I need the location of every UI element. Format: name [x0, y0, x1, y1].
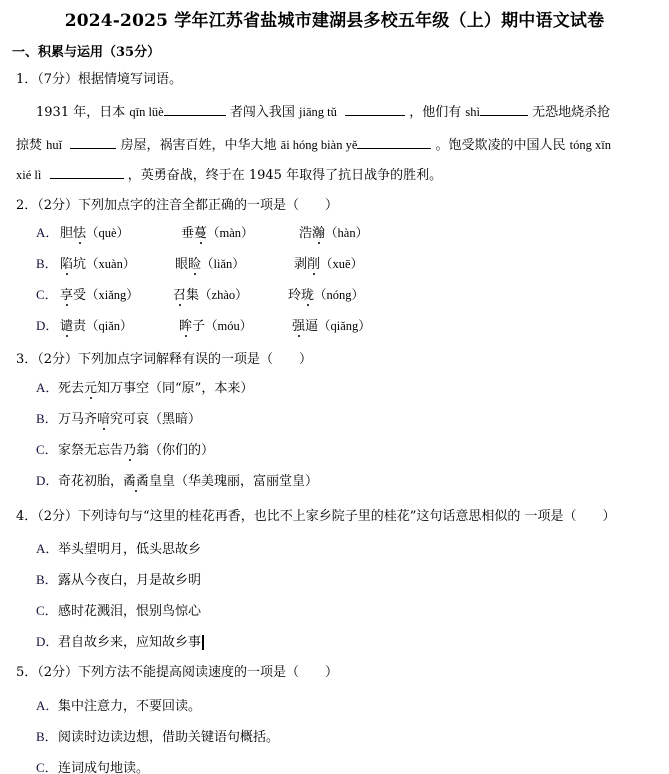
dotted-character: 喑 — [97, 412, 110, 427]
answer-blank[interactable] — [357, 136, 431, 149]
question-4-option-d[interactable]: D．君自故乡来，应知故乡事 — [36, 633, 204, 652]
dotted-character: 怯 — [73, 226, 86, 241]
option-label: B． — [36, 571, 58, 589]
question-3-option-d[interactable]: D．奇花初胎，矞矞皇皇（华美瑰丽，富丽堂皇） — [36, 472, 318, 491]
option-label: D． — [36, 633, 58, 651]
dotted-character: 享 — [60, 288, 73, 303]
question-1-passage-line-1: 1931 年，日本 qīn lüè 者闯入我国 jiāng tǔ ，他们有 sh… — [36, 103, 610, 122]
answer-blank[interactable] — [70, 136, 116, 149]
option-word: 享受（xiǎng） — [60, 286, 139, 305]
dotted-character: 乃 — [123, 443, 136, 458]
option-word: 陷坑（xuàn） — [60, 255, 135, 274]
option-label: B． — [36, 728, 58, 746]
dotted-character: 眸 — [179, 319, 192, 334]
question-3-option-a[interactable]: A．死去元知万事空（同“原”，本来） — [36, 379, 253, 398]
dotted-character: 陷 — [60, 257, 73, 272]
question-2-option-c[interactable]: C． 享受（xiǎng） 召集（zhào） 玲珑（nóng） — [36, 286, 636, 305]
answer-blank[interactable] — [480, 103, 528, 116]
text-cursor — [202, 635, 204, 650]
dotted-character: 谴 — [60, 319, 73, 334]
pinyin-prompt: qīn lüè — [129, 105, 163, 119]
question-5-header: 5．（2分）下列方法不能提高阅读速度的一项是（ ） — [16, 664, 338, 682]
question-1-passage-line-2: 掠焚 huǐ 房屋，祸害百姓，中华大地 āi hóng biàn yě 。饱受欺… — [16, 136, 611, 155]
dotted-character: 睑 — [188, 257, 201, 272]
option-word: 胆怯（què） — [60, 224, 129, 243]
answer-blank[interactable] — [164, 103, 226, 116]
pinyin-prompt: āi hóng biàn yě — [281, 138, 358, 152]
option-label: C． — [36, 602, 58, 620]
pinyin-prompt: shì — [465, 105, 480, 119]
option-label: A． — [36, 697, 58, 715]
question-5-option-a[interactable]: A．集中注意力，不要回读。 — [36, 697, 201, 716]
option-label: C． — [36, 759, 58, 774]
dotted-character: 元 — [84, 381, 97, 396]
option-word: 眼睑（liǎn） — [175, 255, 245, 274]
question-3-option-c[interactable]: C．家祭无忘告乃翁（你们的） — [36, 441, 214, 460]
option-label: A． — [36, 540, 58, 558]
pinyin-prompt: huǐ — [46, 138, 62, 152]
dotted-character: 削 — [307, 257, 320, 272]
dotted-character: 蔓 — [194, 226, 207, 241]
passage-text: 者闯入我国 — [226, 105, 299, 120]
question-4-header: 4．（2分）下列诗句与“这里的桂花再香，也比不上家乡院子里的桂花”这句话意思相似… — [16, 508, 615, 526]
answer-blank[interactable] — [50, 166, 124, 179]
answer-blank[interactable] — [345, 103, 405, 116]
option-text: 阅读时边读边想，借助关键语句概括。 — [58, 730, 279, 745]
option-label: B． — [36, 255, 58, 273]
question-5-option-b[interactable]: B．阅读时边读边想，借助关键语句概括。 — [36, 728, 279, 747]
option-word: 玲珑（nóng） — [288, 286, 364, 305]
option-text: 举头望明月，低头思故乡 — [58, 542, 201, 557]
dotted-character: 矞矞 — [123, 474, 149, 489]
option-text: 连词成句地读。 — [58, 761, 149, 774]
pinyin-prompt: xié lì — [16, 168, 41, 182]
question-3-header: 3．（2分）下列加点字词解释有误的一项是（ ） — [16, 351, 312, 369]
option-label: A． — [36, 379, 58, 397]
document-title: 2024-2025 学年江苏省盐城市建湖县多校五年级（上）期中语文试卷 — [0, 6, 669, 31]
question-2-option-d[interactable]: D． 谴责（qiǎn） 眸子（móu） 强逼（qiǎng） — [36, 317, 636, 336]
question-5-option-c[interactable]: C．连词成句地读。 — [36, 759, 149, 774]
passage-text: 无恐地烧杀抢 — [528, 105, 610, 120]
question-4-option-b[interactable]: B．露从今夜白，月是故乡明 — [36, 571, 201, 590]
option-word: 剥削（xuē） — [294, 255, 363, 274]
question-2-option-b[interactable]: B． 陷坑（xuàn） 眼睑（liǎn） 剥削（xuē） — [36, 255, 636, 274]
option-label: C． — [36, 286, 58, 304]
dotted-character: 召 — [173, 288, 186, 303]
passage-text: ，他们有 — [405, 105, 465, 120]
question-1-passage-line-3: xié lì ，英勇奋战，终于在 1945 年取得了抗日战争的胜利。 — [16, 166, 442, 185]
question-2-header: 2．（2分）下列加点字的注音全都正确的一项是（ ） — [16, 197, 338, 215]
option-text: 感时花溅泪，恨别鸟惊心 — [58, 604, 201, 619]
passage-text: 1931 年，日本 — [36, 105, 129, 120]
passage-text: 。饱受欺凌的中国人民 — [431, 138, 569, 153]
question-1-header: 1．（7分）根据情境写词语。 — [16, 71, 182, 89]
dotted-character: 强 — [292, 319, 305, 334]
passage-text: ，英勇奋战，终于在 1945 年取得了抗日战争的胜利。 — [124, 168, 442, 183]
option-word: 谴责（qiǎn） — [60, 317, 133, 336]
option-text: 君自故乡来，应知故乡事 — [58, 635, 201, 650]
option-label: A． — [36, 224, 58, 242]
dotted-character: 珑 — [301, 288, 314, 303]
question-2-option-a[interactable]: A． 胆怯（què） 垂蔓（màn） 浩瀚（hàn） — [36, 224, 636, 243]
pinyin-prompt: tóng xīn — [570, 138, 611, 152]
option-text: 露从今夜白，月是故乡明 — [58, 573, 201, 588]
section-heading: 一、积累与运用（35分） — [12, 41, 160, 60]
option-word: 召集（zhào） — [173, 286, 248, 305]
option-word: 强逼（qiǎng） — [292, 317, 371, 336]
option-word: 垂蔓（màn） — [181, 224, 254, 243]
option-word: 眸子（móu） — [179, 317, 252, 336]
option-label: D． — [36, 472, 58, 490]
option-word: 浩瀚（hàn） — [299, 224, 368, 243]
question-3-option-b[interactable]: B．万马齐喑究可哀（黑暗） — [36, 410, 201, 429]
option-label: B． — [36, 410, 58, 428]
pinyin-prompt: jiāng tǔ — [299, 105, 337, 119]
question-4-option-a[interactable]: A．举头望明月，低头思故乡 — [36, 540, 201, 559]
passage-text: 房屋，祸害百姓，中华大地 — [116, 138, 280, 153]
passage-text: 掠焚 — [16, 138, 46, 153]
option-label: D． — [36, 317, 58, 335]
question-4-option-c[interactable]: C．感时花溅泪，恨别鸟惊心 — [36, 602, 201, 621]
option-text: 集中注意力，不要回读。 — [58, 699, 201, 714]
option-label: C． — [36, 441, 58, 459]
dotted-character: 瀚 — [312, 226, 325, 241]
